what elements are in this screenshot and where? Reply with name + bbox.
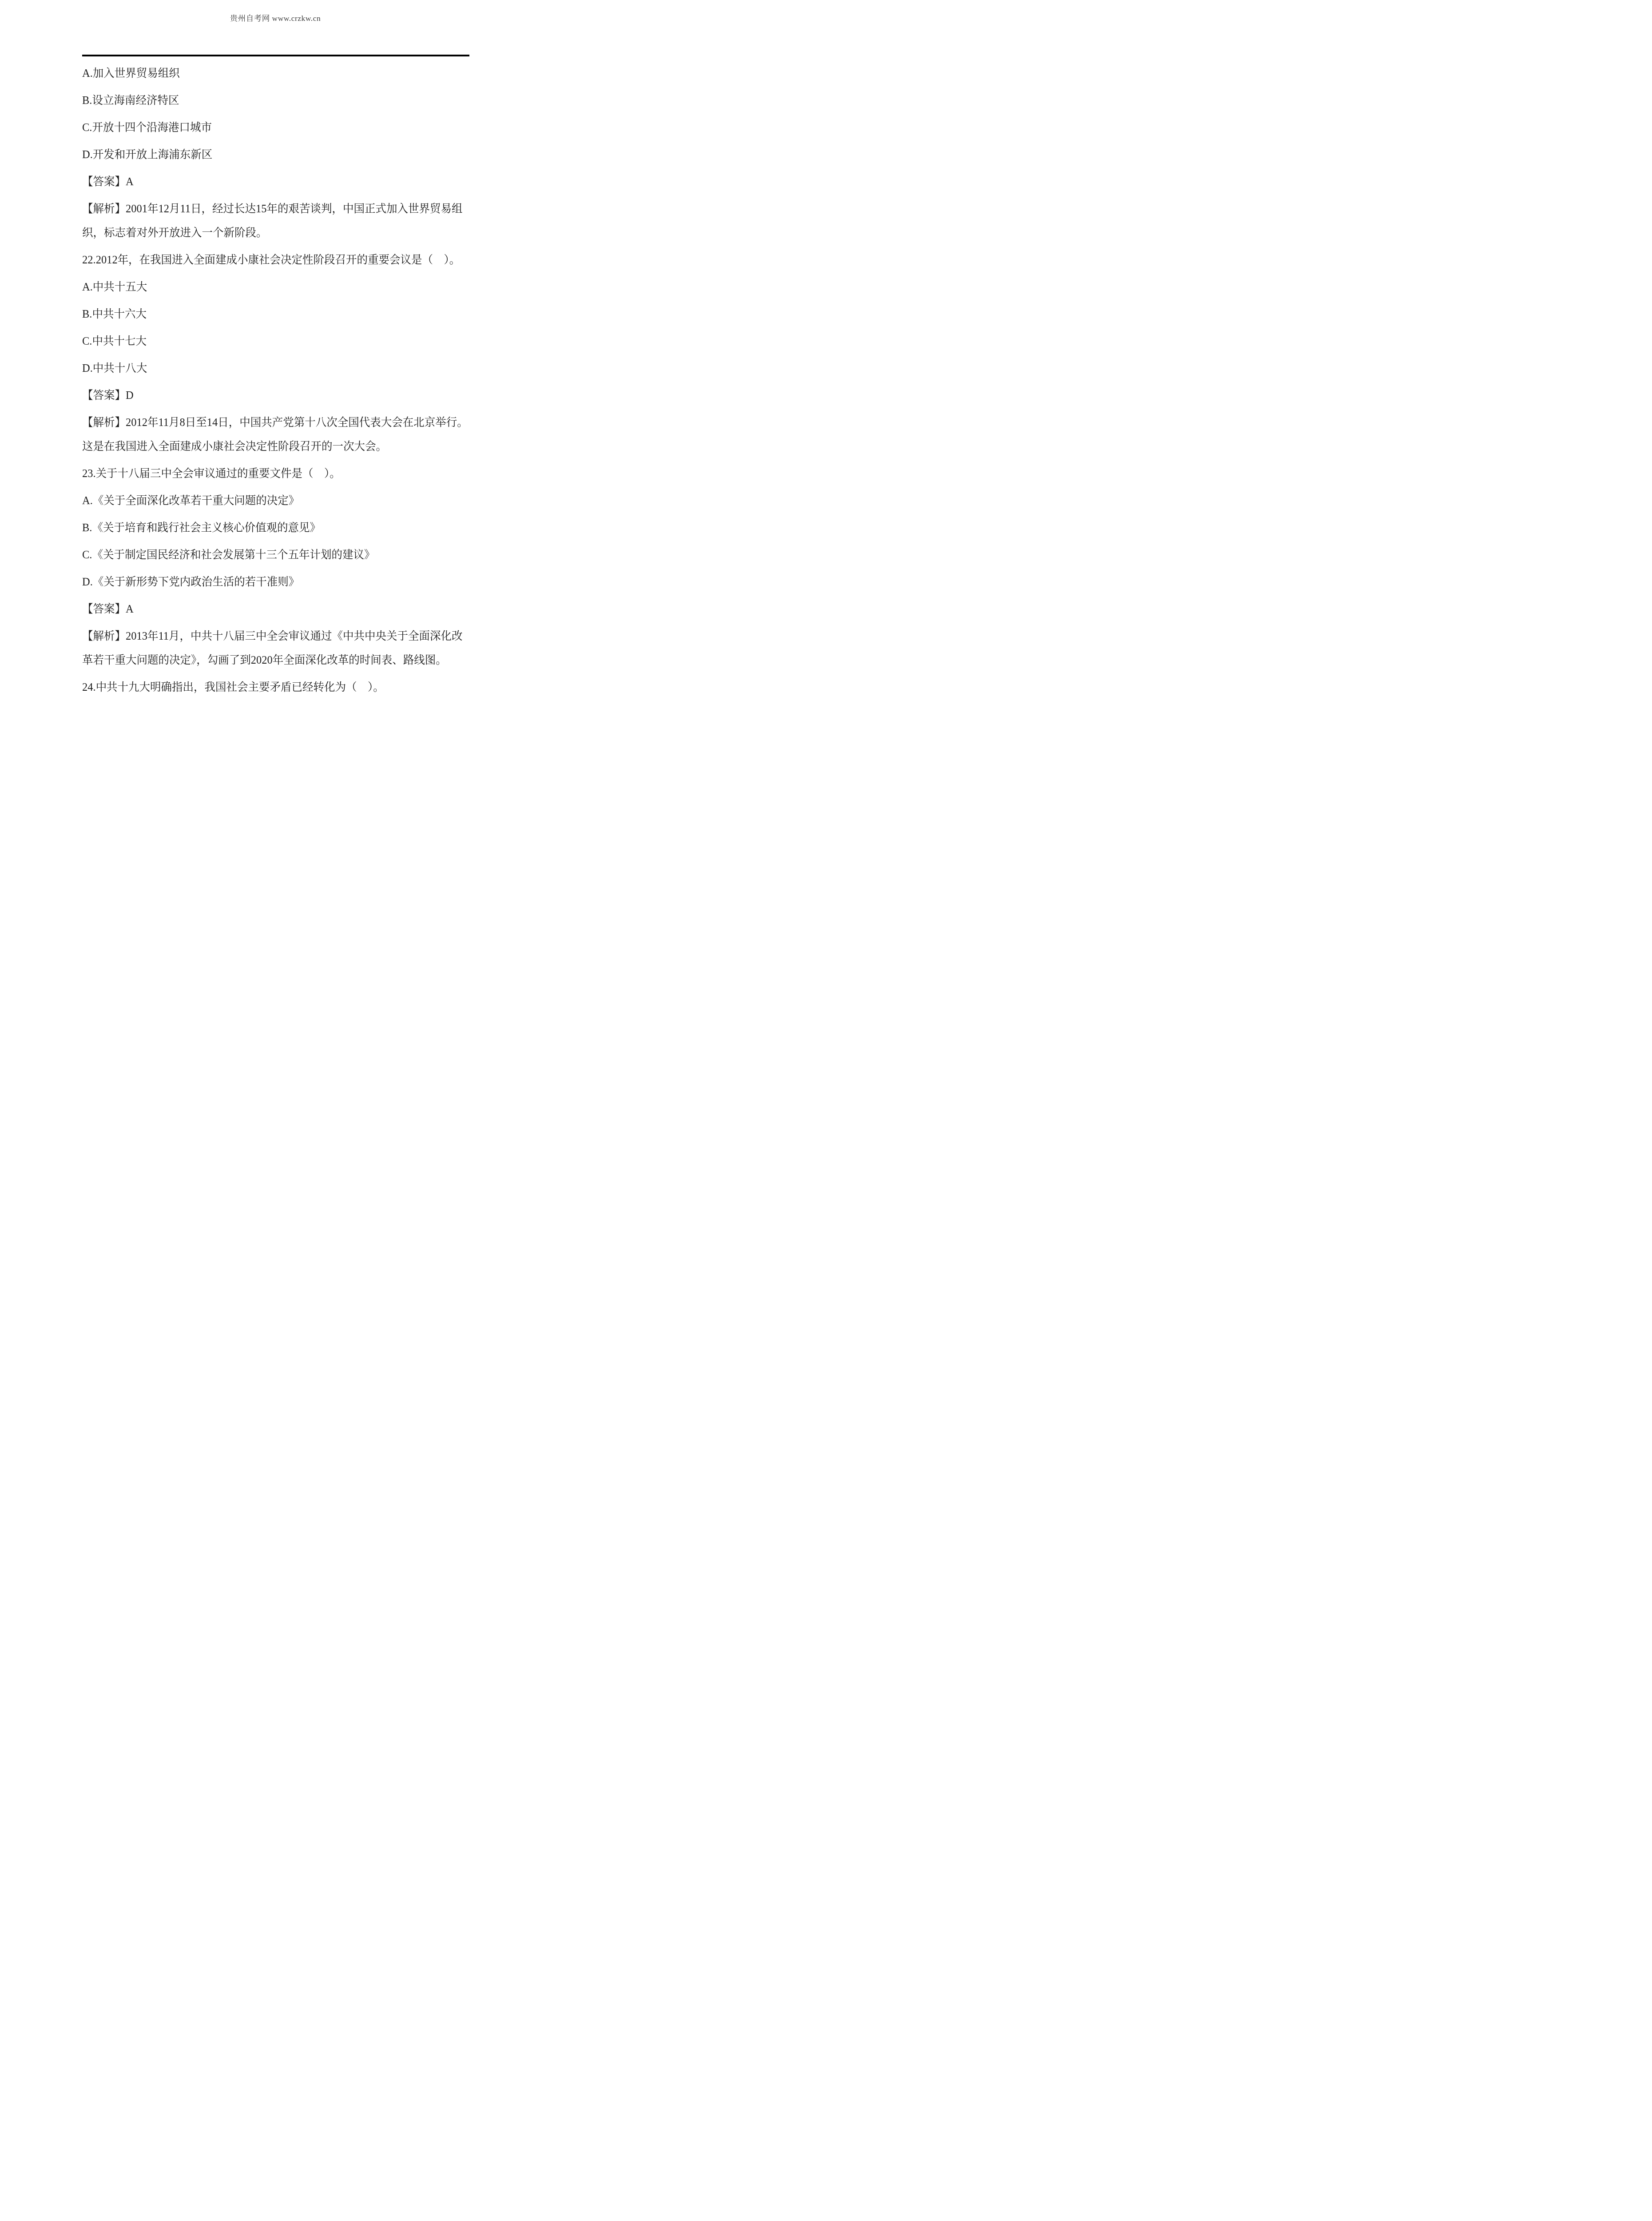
analysis-line-continued: 革若干重大问题的决定》，勾画了到2020年全面深化改革的时间表、路线图。 (82, 649, 475, 673)
option-line-c: C.中共十七大 (82, 330, 475, 354)
option-line-b: B.中共十六大 (82, 303, 475, 326)
question-line-23: 23.关于十八届三中全会审议通过的重要文件是（ ）。 (82, 462, 475, 486)
question-line-24: 24.中共十九大明确指出，我国社会主要矛盾已经转化为（ ）。 (82, 676, 475, 700)
option-line-d: D.中共十八大 (82, 357, 475, 381)
option-line-b: B.设立海南经济特区 (82, 89, 475, 113)
watermark-text: 贵州自考网 www.crzkw.cn (0, 0, 551, 24)
option-line-a: A.《关于全面深化改革若干重大问题的决定》 (82, 489, 475, 513)
option-line-d: D.《关于新形势下党内政治生活的若干准则》 (82, 570, 475, 594)
answer-line: 【答案】A (82, 170, 475, 194)
analysis-line: 【解析】2012年11月8日至14日，中国共产党第十八次全国代表大会在北京举行。 (82, 411, 475, 435)
document-content: A.加入世界贸易组织 B.设立海南经济特区 C.开放十四个沿海港口城市 D.开发… (82, 55, 475, 700)
option-line-c: C.《关于制定国民经济和社会发展第十三个五年计划的建议》 (82, 543, 475, 567)
option-line-a: A.中共十五大 (82, 275, 475, 299)
option-line-d: D.开发和开放上海浦东新区 (82, 143, 475, 167)
option-line-c: C.开放十四个沿海港口城市 (82, 116, 475, 140)
analysis-line: 【解析】2013年11月，中共十八届三中全会审议通过《中共中央关于全面深化改 (82, 625, 475, 649)
option-line-a: A.加入世界贸易组织 (82, 62, 475, 86)
analysis-line: 【解析】2001年12月11日，经过长达15年的艰苦谈判，中国正式加入世界贸易组 (82, 197, 475, 221)
answer-line: 【答案】A (82, 597, 475, 621)
option-line-b: B.《关于培育和践行社会主义核心价值观的意见》 (82, 516, 475, 540)
header-divider (82, 55, 469, 56)
analysis-line-continued: 这是在我国进入全面建成小康社会决定性阶段召开的一次大会。 (82, 435, 475, 459)
document-page: 贵州自考网 www.crzkw.cn A.加入世界贸易组织 B.设立海南经济特区… (0, 0, 551, 779)
answer-line: 【答案】D (82, 384, 475, 408)
question-line-22: 22.2012年，在我国进入全面建成小康社会决定性阶段召开的重要会议是（ ）。 (82, 248, 475, 272)
analysis-line-continued: 织，标志着对外开放进入一个新阶段。 (82, 221, 475, 245)
